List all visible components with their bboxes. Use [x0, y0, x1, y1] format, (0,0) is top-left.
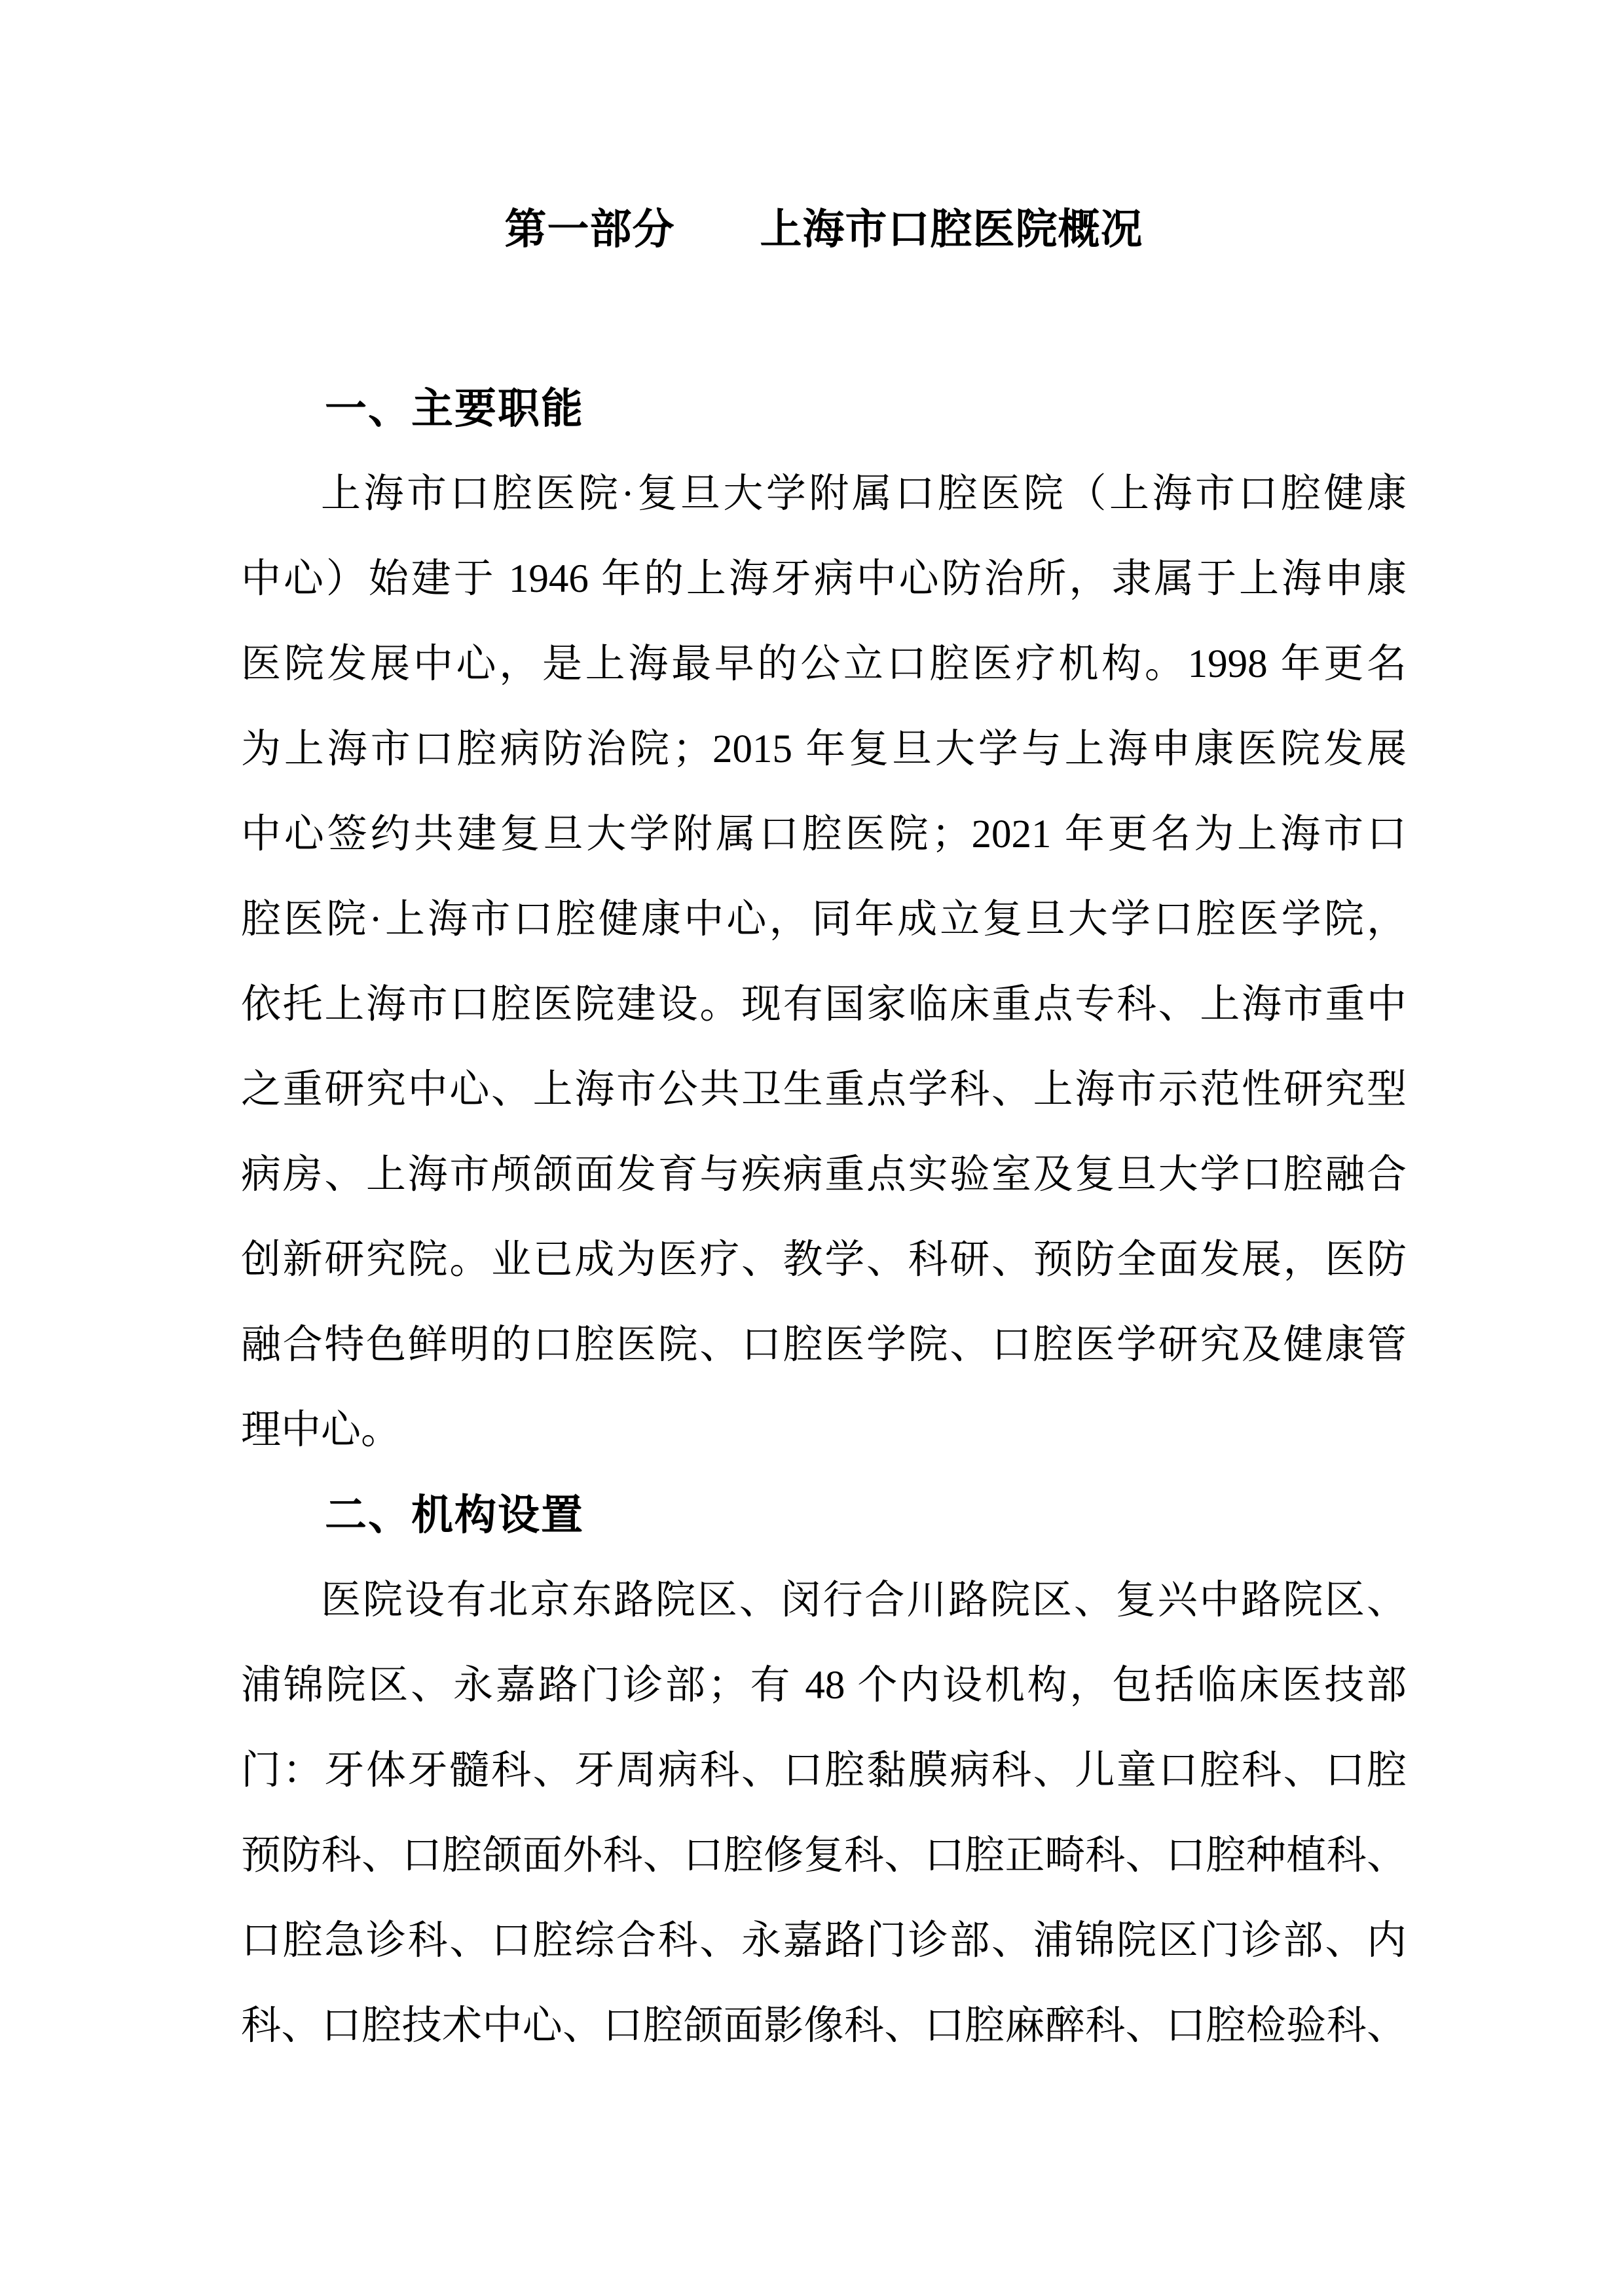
paragraph-line: 之重研究中心、上海市公共卫生重点学科、上海市示范性研究型	[241, 1048, 1407, 1133]
paragraph-main-functions: 上海市口腔医院·复旦大学附属口腔医院（上海市口腔健康 中心）始建于 1946 年…	[241, 452, 1407, 1473]
paragraph-line: 口腔急诊科、口腔综合科、永嘉路门诊部、浦锦院区门诊部、内	[241, 1899, 1407, 1984]
paragraph-line: 依托上海市口腔医院建设。现有国家临床重点专科、上海市重中	[241, 962, 1407, 1048]
paragraph-line: 医院发展中心，是上海最早的公立口腔医疗机构。1998 年更名	[241, 622, 1407, 707]
paragraph-line: 创新研究院。业已成为医疗、教学、科研、预防全面发展，医防	[241, 1218, 1407, 1303]
section-organization: 二、机构设置 医院设有北京东路院区、闵行合川路院区、复兴中路院区、 浦锦院区、永…	[241, 1473, 1407, 2069]
paragraph-line: 门：牙体牙髓科、牙周病科、口腔黏膜病科、儿童口腔科、口腔	[241, 1728, 1407, 1813]
paragraph-line: 科、口腔技术中心、口腔颌面影像科、口腔麻醉科、口腔检验科、	[241, 1984, 1407, 2069]
document-page: 第一部分 上海市口腔医院概况 一、主要职能 上海市口腔医院·复旦大学附属口腔医院…	[0, 0, 1624, 2296]
section-heading-organization: 二、机构设置	[241, 1473, 1407, 1558]
paragraph-line: 医院设有北京东路院区、闵行合川路院区、复兴中路院区、	[241, 1558, 1407, 1643]
paragraph-line: 腔医院·上海市口腔健康中心，同年成立复旦大学口腔医学院，	[241, 877, 1407, 962]
paragraph-line: 浦锦院区、永嘉路门诊部；有 48 个内设机构，包括临床医技部	[241, 1643, 1407, 1728]
document-title: 第一部分 上海市口腔医院概况	[241, 196, 1407, 262]
paragraph-line: 理中心。	[241, 1388, 1407, 1473]
paragraph-line: 中心）始建于 1946 年的上海牙病中心防治所，隶属于上海申康	[241, 537, 1407, 622]
paragraph-line: 为上海市口腔病防治院；2015 年复旦大学与上海申康医院发展	[241, 707, 1407, 792]
document-content: 第一部分 上海市口腔医院概况 一、主要职能 上海市口腔医院·复旦大学附属口腔医院…	[241, 0, 1407, 2069]
paragraph-line: 上海市口腔医院·复旦大学附属口腔医院（上海市口腔健康	[241, 452, 1407, 537]
paragraph-organization: 医院设有北京东路院区、闵行合川路院区、复兴中路院区、 浦锦院区、永嘉路门诊部；有…	[241, 1558, 1407, 2069]
paragraph-line: 融合特色鲜明的口腔医院、口腔医学院、口腔医学研究及健康管	[241, 1303, 1407, 1388]
section-heading-main-functions: 一、主要职能	[241, 367, 1407, 452]
section-main-functions: 一、主要职能 上海市口腔医院·复旦大学附属口腔医院（上海市口腔健康 中心）始建于…	[241, 367, 1407, 1473]
paragraph-line: 中心签约共建复旦大学附属口腔医院；2021 年更名为上海市口	[241, 792, 1407, 877]
paragraph-line: 预防科、口腔颌面外科、口腔修复科、口腔正畸科、口腔种植科、	[241, 1813, 1407, 1899]
paragraph-line: 病房、上海市颅颌面发育与疾病重点实验室及复旦大学口腔融合	[241, 1133, 1407, 1218]
